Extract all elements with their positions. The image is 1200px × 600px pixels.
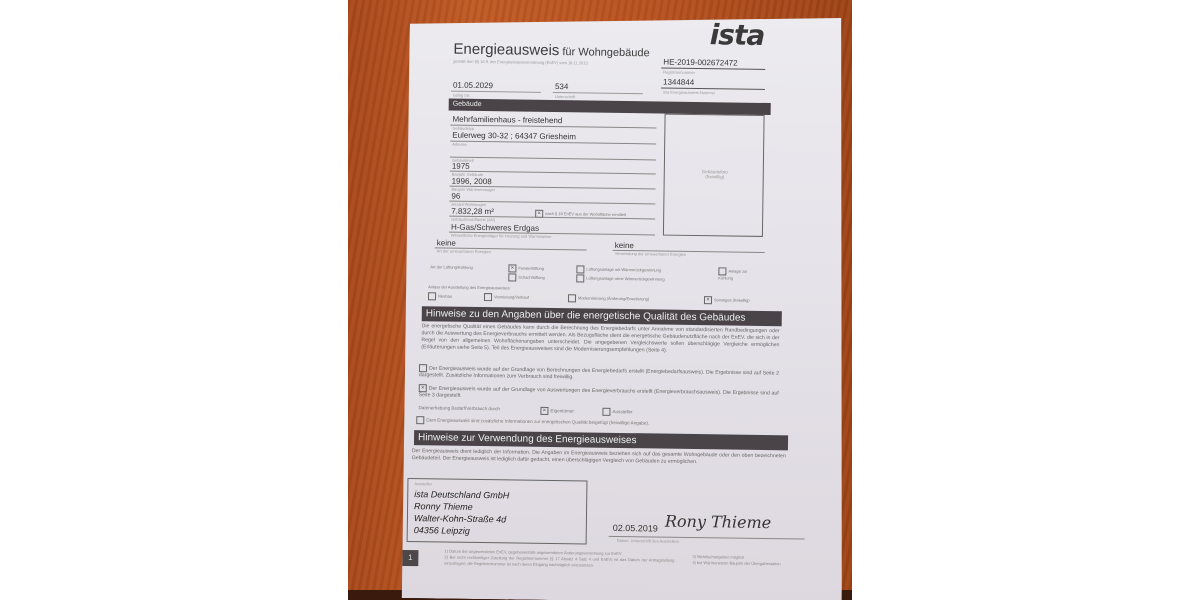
issuer-label: Aussteller (414, 481, 432, 486)
building-photo-placeholder: Gebäudefoto (freiwillig) (663, 114, 765, 237)
energy-certificate-page: ista Energieausweis für Wohngebäude gemä… (402, 12, 850, 600)
ventilation-option: ×Fensterlüftung (508, 264, 544, 272)
checkbox[interactable]: × (704, 296, 712, 304)
basis-option-demand: Der Energieausweis wurde auf der Grundla… (419, 364, 779, 384)
data-collection-option: Aussteller (602, 408, 632, 416)
ventilation-option: Anlage zur Kühlung (718, 267, 762, 281)
footnotes-right: 3) Mehrfachangaben möglich 4) bei Wärmen… (692, 554, 782, 567)
data-collection-label: Datenerhebung Bedarf/Verbrauch durch (418, 405, 500, 411)
signature-label: Datum, Unterschrift des Ausstellers (617, 538, 680, 544)
occasion-option: Vermietung/Verkauf (484, 293, 529, 302)
option-label: Aussteller (612, 409, 632, 414)
option-label: Vermietung/Verkauf (494, 294, 529, 299)
signature: Rony Thieme (665, 512, 772, 532)
divider (450, 141, 656, 145)
footnote: 4) bei Wärmenetzen Baujahr der Übergabes… (692, 560, 782, 567)
section-usage-notes-header: Hinweise zur Verwendung des Energieauswe… (414, 430, 788, 450)
legal-basis: gemäß den §§ 16 ff. der Energieeinsparve… (453, 59, 587, 66)
ventilation-label: Art der Lüftung/Kühlung (430, 264, 472, 270)
data-collection-option: ×Eigentümer (540, 407, 574, 415)
renewable-usage: keine (615, 241, 634, 250)
option-label: Sonstiges (freiwillig) (714, 297, 750, 302)
ventilation-option: Schachtlüftung (508, 273, 545, 282)
renewable-type: keine (437, 238, 456, 247)
occasion-option: ×Sonstiges (freiwillig) (704, 296, 750, 305)
ista-logo: ista (709, 18, 764, 52)
registration-number-label: Registriernummer (663, 70, 695, 75)
option-label: Eigentümer (550, 408, 574, 413)
checkbox[interactable] (508, 273, 516, 281)
checkbox[interactable] (568, 294, 576, 302)
quality-paragraph: Die energetische Qualität eines Gebäudes… (421, 323, 779, 356)
footnote: 2) Bei nicht rechtzeitiger Zuteilung der… (444, 555, 674, 570)
title-sub: für Wohngebäude (559, 46, 649, 59)
year-built: 1975 (452, 162, 470, 171)
floor-area-label: Gebäudenutzfläche (AN) (451, 217, 495, 223)
building-address-label: Adresse (452, 142, 467, 147)
checkbox[interactable] (484, 293, 492, 301)
option-label: Modernisierung (Änderung/Erweiterung) (578, 295, 649, 301)
document-photo: ista Energieausweis für Wohngebäude gemä… (348, 0, 852, 600)
building-address: Eulerweg 30-32 ; 64347 Griesheim (452, 131, 576, 142)
checkbox[interactable]: × (419, 384, 427, 392)
issuer-box: Aussteller ista Deutschland GmbH Ronny T… (407, 478, 588, 545)
basis-option-consumption: ×Der Energieausweis wurde auf der Grundl… (419, 384, 779, 404)
option-label: Der Energieausweis wurde auf der Grundla… (419, 366, 779, 381)
renewable-type-label: Art der erneuerbaren Energien (437, 248, 491, 254)
checkbox[interactable] (428, 292, 436, 300)
building-photo-label: Gebäudefoto (freiwillig) (695, 169, 735, 180)
building-type: Mehrfamilienhaus - freistehend (452, 115, 562, 126)
checkbox[interactable]: × (540, 407, 548, 415)
ista-number-label: ista Energieausweis-Nummer (663, 90, 715, 96)
checkbox[interactable] (419, 364, 427, 372)
option-label: Lüftungsanlage ohne Wärmerückgewinnung (586, 276, 664, 282)
ista-number: 1344844 (663, 78, 694, 87)
checkbox[interactable] (576, 265, 584, 273)
option-label: Der Energieausweis wurde auf der Grundla… (419, 386, 779, 399)
occasion-option: Modernisierung (Änderung/Erweiterung) (568, 294, 649, 303)
footnotes-left: 1) Datum der angewendeten EnEV, gegebene… (444, 549, 674, 570)
signature-date: 02.05.2019 (613, 523, 658, 534)
checkbox[interactable] (602, 408, 610, 416)
apartments-count: 96 (451, 192, 460, 201)
option-label: Neubau (438, 293, 452, 298)
ventilation-option: Lüftungsanlage ohne Wärmerückgewinnung (576, 274, 664, 283)
checkbox[interactable]: × (508, 264, 516, 272)
checkbox[interactable] (416, 416, 424, 424)
issuer-address: ista Deutschland GmbH Ronny Thieme Walte… (414, 488, 510, 537)
page-number-badge: 1 (402, 550, 418, 566)
divider (450, 157, 656, 161)
title-main: Energieausweis (453, 41, 559, 59)
ventilation-option: Lüftungsanlage mit Wärmerückgewinnung (576, 265, 661, 274)
occasion-option: Neubau (428, 292, 452, 300)
energy-carrier-label: Wesentliche Energieträger für Heizung un… (451, 233, 552, 239)
registration-number: HE-2019-002672472 (663, 58, 737, 68)
field-534: 534 (555, 82, 568, 91)
checkbox[interactable] (718, 267, 726, 275)
divider (450, 125, 656, 129)
usage-paragraph: Der Energieausweis dient lediglich der I… (412, 448, 786, 467)
additional-info: Dem Energieausweis sind zusätzliche Info… (416, 416, 649, 427)
occasion-label: Anlass der Ausstellung des Energieauswei… (428, 284, 510, 290)
issuer-city: 04356 Leipzig (414, 524, 509, 537)
option-label: Dem Energieausweis sind zusätzliche Info… (426, 417, 649, 425)
checkbox[interactable] (576, 274, 584, 282)
option-label: Fensterlüftung (518, 266, 544, 271)
section-building-header: Gebäude (449, 99, 771, 115)
valid-until-label: Gültig bis (453, 93, 470, 98)
valid-until: 01.05.2029 (453, 81, 493, 91)
option-label: Schachtlüftung (518, 275, 545, 280)
document-title: Energieausweis für Wohngebäude (453, 41, 649, 61)
field-534-label: Unterschrift (555, 94, 576, 99)
option-label: Lüftungsanlage mit Wärmerückgewinnung (586, 267, 661, 273)
renewable-usage-label: Verwendung der erneuerbaren Energien (615, 251, 686, 257)
